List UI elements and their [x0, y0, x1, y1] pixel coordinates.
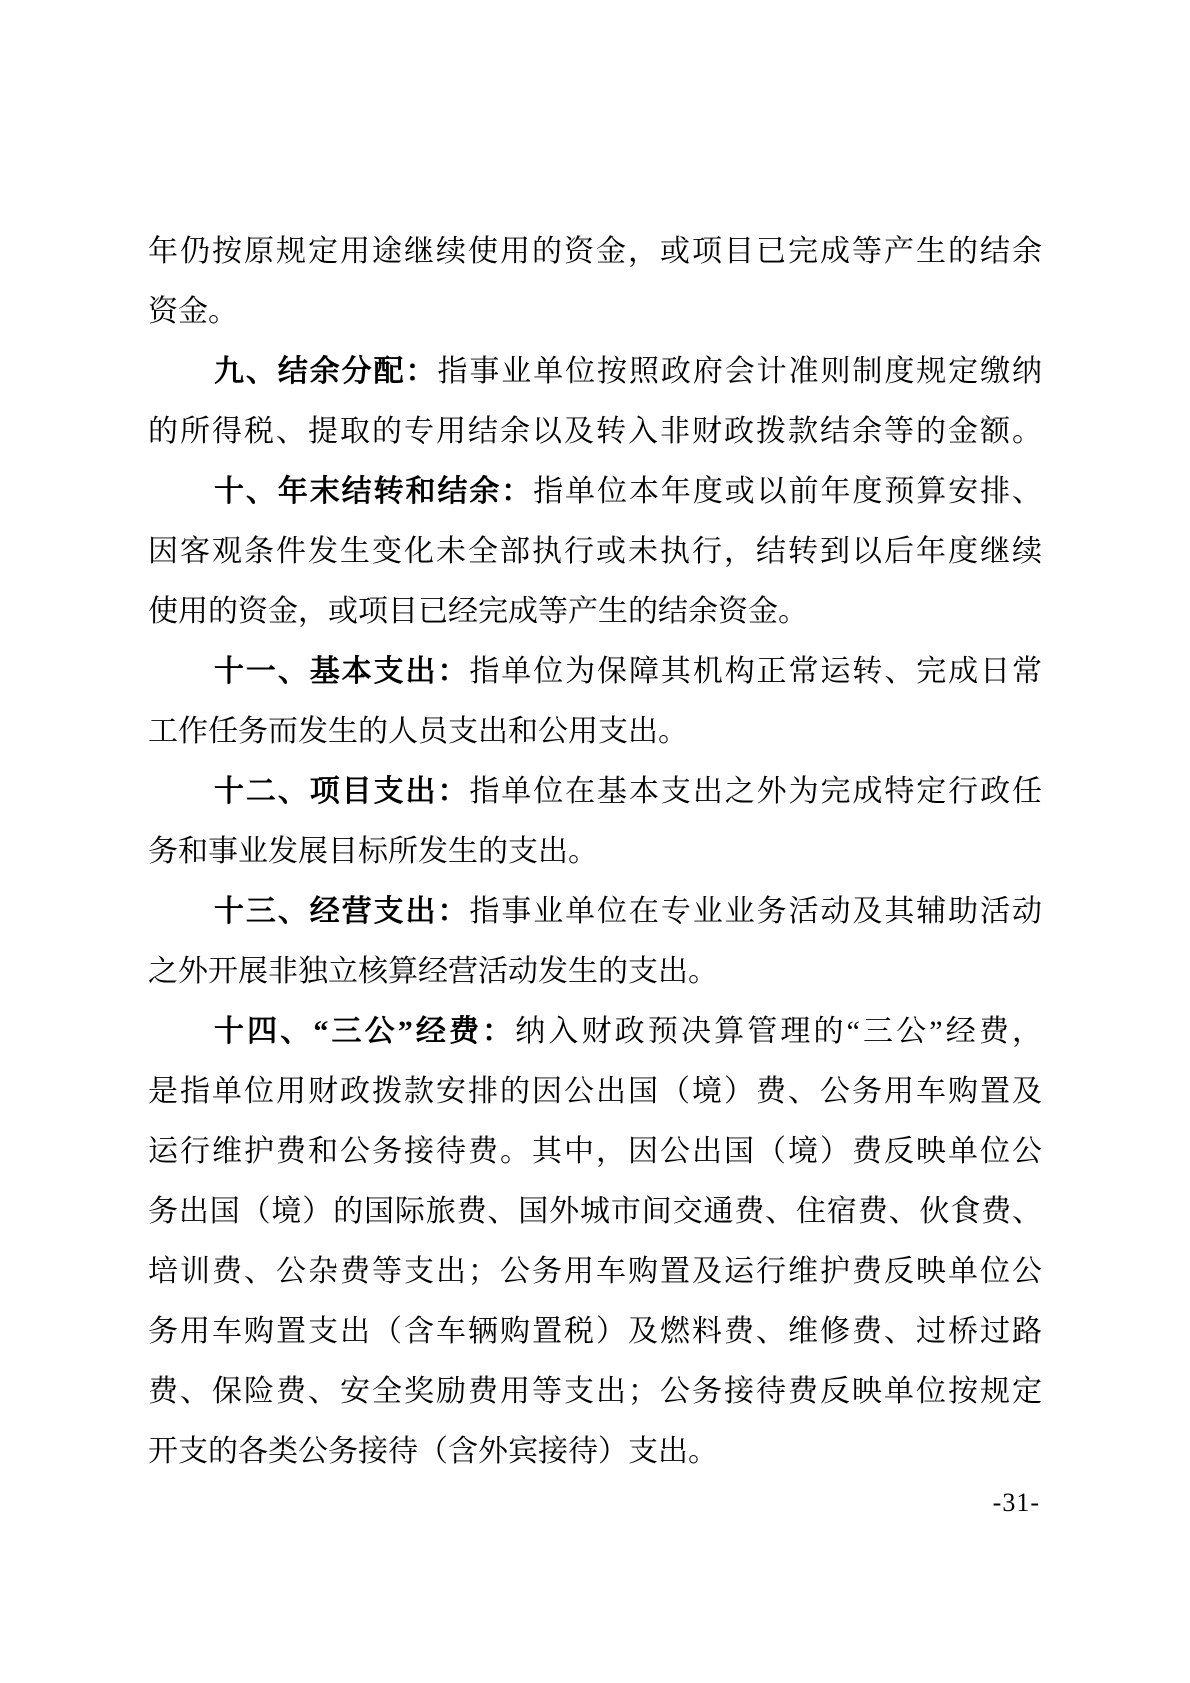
text-segment: 年仍按原规定用途继续使用的资金，或项目已完成等产生的结余	[148, 235, 1042, 268]
text-segment: 指单位在基本支出之外为完成特定行政任	[469, 775, 1042, 808]
text-line: 九、结余分配：指事业单位按照政府会计准则制度规定缴纳	[148, 342, 1042, 402]
text-segment: 培训费、公杂费等支出；公务用车购置及运行维护费反映单位公	[148, 1255, 1042, 1288]
document-page: 年仍按原规定用途继续使用的资金，或项目已完成等产生的结余资金。九、结余分配：指事…	[0, 0, 1190, 1683]
text-line: 运行维护费和公务接待费。其中，因公出国（境）费反映单位公	[148, 1122, 1042, 1182]
text-segment: 运行维护费和公务接待费。其中，因公出国（境）费反映单位公	[148, 1135, 1042, 1168]
term-label: 十、年末结转和结余：	[214, 475, 533, 508]
text-segment: 的所得税、提取的专用结余以及转入非财政拨款结余等的金额。	[148, 415, 1042, 448]
term-label: 十二、项目支出：	[214, 775, 469, 808]
text-line: 十、年末结转和结余：指单位本年度或以前年度预算安排、	[148, 462, 1042, 522]
text-line: 十四、“三公”经费：纳入财政预决算管理的“三公”经费，	[148, 1002, 1042, 1062]
text-line: 使用的资金，或项目已经完成等产生的结余资金。	[148, 582, 1042, 642]
text-line: 资金。	[148, 282, 1042, 342]
text-line: 工作任务而发生的人员支出和公用支出。	[148, 702, 1042, 762]
text-segment: 务出国（境）的国际旅费、国外城市间交通费、住宿费、伙食费、	[148, 1195, 1042, 1228]
text-segment: 指单位本年度或以前年度预算安排、	[533, 475, 1042, 508]
term-label: 十三、经营支出：	[214, 895, 469, 928]
text-segment: 指事业单位按照政府会计准则制度规定缴纳	[437, 355, 1042, 388]
text-segment: 务用车购置支出（含车辆购置税）及燃料费、维修费、过桥过路	[148, 1315, 1042, 1348]
term-label: 十四、“三公”经费：	[214, 1015, 515, 1048]
text-segment: 使用的资金，或项目已经完成等产生的结余资金。	[148, 595, 808, 628]
text-segment: 之外开展非独立核算经营活动发生的支出。	[148, 955, 718, 988]
page-number: -31-	[993, 1488, 1040, 1518]
text-line: 的所得税、提取的专用结余以及转入非财政拨款结余等的金额。	[148, 402, 1042, 462]
text-segment: 因客观条件发生变化未全部执行或未执行，结转到以后年度继续	[148, 535, 1042, 568]
text-line: 培训费、公杂费等支出；公务用车购置及运行维护费反映单位公	[148, 1242, 1042, 1302]
text-line: 务和事业发展目标所发生的支出。	[148, 822, 1042, 882]
text-line: 之外开展非独立核算经营活动发生的支出。	[148, 942, 1042, 1002]
text-line: 十三、经营支出：指事业单位在专业业务活动及其辅助活动	[148, 882, 1042, 942]
term-label: 十一、基本支出：	[214, 655, 469, 688]
text-segment: 务和事业发展目标所发生的支出。	[148, 835, 598, 868]
text-segment: 开支的各类公务接待（含外宾接待）支出。	[148, 1435, 718, 1468]
document-body: 年仍按原规定用途继续使用的资金，或项目已完成等产生的结余资金。九、结余分配：指事…	[148, 222, 1042, 1482]
term-label: 九、结余分配：	[214, 355, 437, 388]
text-line: 是指单位用财政拨款安排的因公出国（境）费、公务用车购置及	[148, 1062, 1042, 1122]
text-segment: 是指单位用财政拨款安排的因公出国（境）费、公务用车购置及	[148, 1075, 1042, 1108]
text-segment: 资金。	[148, 295, 238, 328]
text-segment: 指事业单位在专业业务活动及其辅助活动	[469, 895, 1042, 928]
text-line: 费、保险费、安全奖励费用等支出；公务接待费反映单位按规定	[148, 1362, 1042, 1422]
text-line: 十二、项目支出：指单位在基本支出之外为完成特定行政任	[148, 762, 1042, 822]
text-segment: 费、保险费、安全奖励费用等支出；公务接待费反映单位按规定	[148, 1375, 1042, 1408]
text-segment: 指单位为保障其机构正常运转、完成日常	[469, 655, 1042, 688]
text-line: 年仍按原规定用途继续使用的资金，或项目已完成等产生的结余	[148, 222, 1042, 282]
text-line: 因客观条件发生变化未全部执行或未执行，结转到以后年度继续	[148, 522, 1042, 582]
text-line: 十一、基本支出：指单位为保障其机构正常运转、完成日常	[148, 642, 1042, 702]
text-line: 务用车购置支出（含车辆购置税）及燃料费、维修费、过桥过路	[148, 1302, 1042, 1362]
text-line: 务出国（境）的国际旅费、国外城市间交通费、住宿费、伙食费、	[148, 1182, 1042, 1242]
text-line: 开支的各类公务接待（含外宾接待）支出。	[148, 1422, 1042, 1482]
text-segment: 工作任务而发生的人员支出和公用支出。	[148, 715, 688, 748]
text-segment: 纳入财政预决算管理的“三公”经费，	[515, 1015, 1042, 1048]
